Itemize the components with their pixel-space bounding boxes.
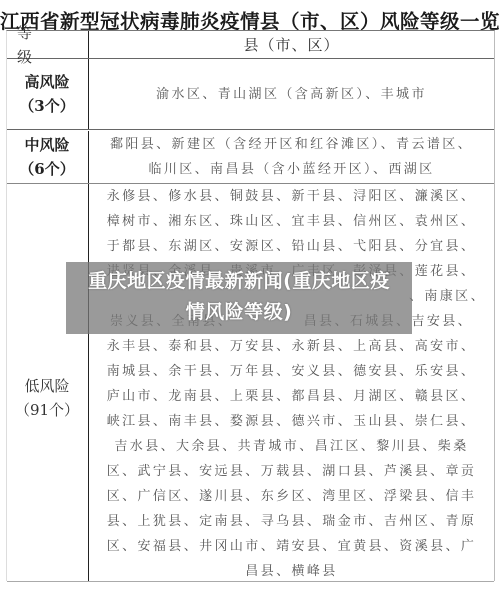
areas-cell: 鄱阳县、新建区（含经开区和红谷滩区）、青云谱区、 临川区、南昌县（含小蓝经开区）… [88, 131, 494, 183]
area-line: 区、安福县、井冈山市、靖安县、宜黄县、资溪县、广 [107, 534, 477, 559]
area-line: 昌县、横峰县 [245, 559, 337, 584]
area-line: 永修县、修水县、铜鼓县、新干县、浔阳区、濂溪区、 [107, 184, 477, 209]
areas-cell: 渝水区、青山湖区（含高新区）、丰城市 [88, 59, 494, 129]
area-line: 庐山市、龙南县、上栗县、都昌县、月湖区、赣县区、 [107, 384, 477, 409]
level-cell: 中风险 （6个） [7, 131, 87, 183]
area-line: 于都县、东湖区、安源区、铅山县、弋阳县、分宜县、 [107, 234, 477, 259]
area-line: 区、武宁县、安远县、万载县、湖口县、芦溪县、章贡 [107, 459, 477, 484]
area-line: 、南康区、 [409, 284, 494, 309]
caption-overlay: 重庆地区疫情最新新闻(重庆地区疫 情风险等级) [66, 266, 412, 328]
level-count: （3个） [19, 94, 74, 118]
level-cell: 低风险 （91个） [7, 184, 87, 581]
area-line: 峡江县、南丰县、婺源县、德兴市、玉山县、崇仁县、 [107, 409, 477, 434]
table-row-high-risk: 高风险 （3个） 渝水区、青山湖区（含高新区）、丰城市 [7, 59, 494, 130]
table-row-medium-risk: 中风险 （6个） 鄱阳县、新建区（含经开区和红谷滩区）、青云谱区、 临川区、南昌… [7, 131, 494, 184]
area-line: 渝水区、青山湖区（含高新区）、丰城市 [156, 82, 427, 107]
caption-line-1: 重庆地区疫情最新新闻(重庆地区疫 [66, 266, 412, 297]
level-label: 中风险 [24, 133, 69, 157]
caption-line-2: 情风险等级) [66, 297, 412, 328]
level-label: 高风险 [24, 70, 69, 94]
area-line: 县、上犹县、定南县、寻乌县、瑞金市、吉州区、青原 [107, 509, 477, 534]
area-line: 吉水县、大余县、共青城市、昌江区、黎川县、柴桑 [114, 434, 468, 459]
areas-cell: 永修县、修水县、铜鼓县、新干县、浔阳区、濂溪区、 樟树市、湘东区、珠山区、宜丰县… [88, 184, 494, 581]
area-line: 樟树市、湘东区、珠山区、宜丰县、信州区、袁州区、 [107, 209, 477, 234]
header-level: 等 级 [7, 31, 87, 58]
area-line: 临川区、南昌县（含小蓝经开区）、西湖区 [148, 157, 434, 182]
table-header-row: 等 级 县（市、区） [7, 31, 494, 59]
area-line: 鄱阳县、新建区（含经开区和红谷滩区）、青云谱区、 [110, 132, 473, 157]
area-line: 永丰县、泰和县、万安县、永新县、上高县、高安市、 [107, 334, 477, 359]
level-label: 低风险 [24, 374, 69, 398]
header-areas: 县（市、区） [88, 31, 494, 58]
level-count: （91个） [15, 398, 79, 422]
area-line: 区、广信区、遂川县、东乡区、湾里区、浮梁县、信丰 [107, 484, 477, 509]
level-count: （6个） [19, 157, 74, 181]
table-row-low-risk: 低风险 （91个） 永修县、修水县、铜鼓县、新干县、浔阳区、濂溪区、 樟树市、湘… [7, 184, 494, 582]
area-line: 南城县、余干县、万年县、安义县、德安县、乐安县、 [107, 359, 477, 384]
level-cell: 高风险 （3个） [7, 59, 87, 129]
